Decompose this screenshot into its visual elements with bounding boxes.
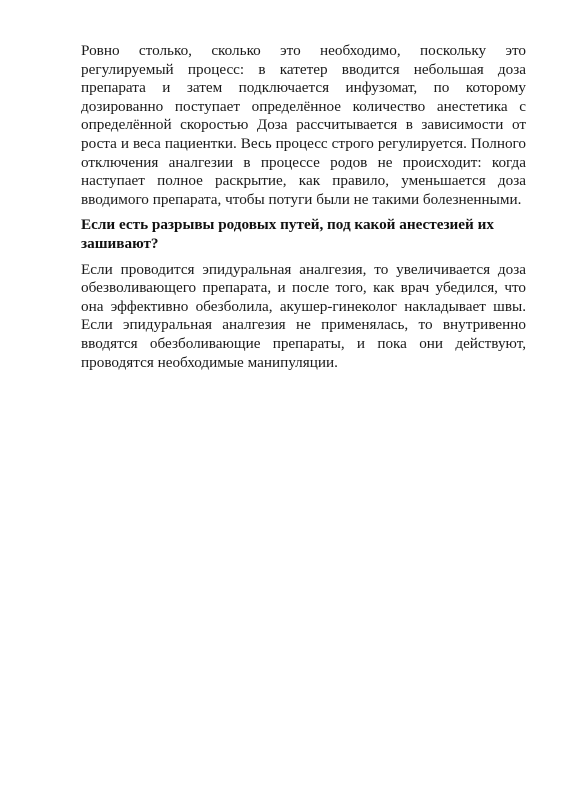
paragraph-suturing-anesthesia: Если проводится эпидуральная аналгезия, … bbox=[81, 261, 526, 373]
document-page: Ровно столько, сколько это необходимо, п… bbox=[81, 42, 526, 372]
section-heading: Если есть разрывы родовых путей, под как… bbox=[81, 216, 526, 253]
paragraph-dose-regulation: Ровно столько, сколько это необходимо, п… bbox=[81, 42, 526, 209]
